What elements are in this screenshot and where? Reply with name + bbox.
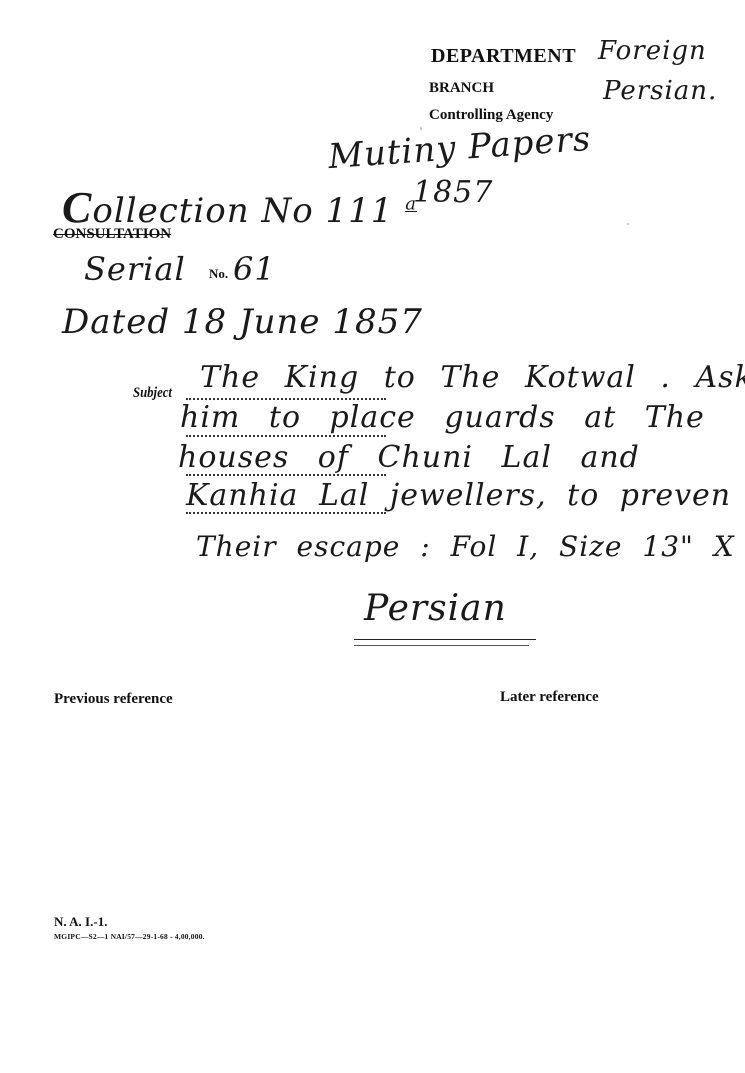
subject-label: Subject (133, 385, 172, 402)
language-note: Persian (364, 588, 507, 629)
form-id: N. A. I.-1. (54, 914, 107, 930)
scan-speck (627, 223, 629, 225)
dated-entry: Dated 18 June 1857 (62, 302, 423, 342)
subject-line-2: him to place guards at The (180, 400, 705, 435)
subject-line-4: Kanhia Lal jewellers, to preven (186, 478, 731, 513)
language-underline-2 (354, 645, 529, 646)
collection-suffix: a (405, 194, 417, 215)
serial-no-label: No. (209, 266, 228, 282)
branch-value: Persian. (603, 76, 717, 106)
controlling-agency-label: Controlling Agency (429, 107, 553, 124)
subject-line-5: Their escape : Fol I, Size 13" X 7½" (196, 530, 745, 563)
subject-line-3: houses of Chuni Lal and (178, 440, 640, 475)
consultation-label-struck: CONSULTATION (53, 226, 171, 243)
collection-initial: C (62, 183, 92, 232)
scan-speck (420, 127, 422, 130)
serial-number-value: 61 (233, 250, 276, 288)
collection-text: ollection No 111 (92, 191, 393, 231)
annotation-year: 1857 (413, 175, 493, 210)
department-value: Foreign (598, 36, 707, 66)
mutiny-papers-annotation: Mutiny Papers (327, 119, 593, 177)
branch-label: BRANCH (429, 80, 494, 97)
later-reference-label: Later reference (500, 689, 599, 706)
print-info: MGIPC—S2—1 NAI/57—29-1-68 - 4,00,000. (54, 932, 205, 941)
department-label: DEPARTMENT (431, 45, 576, 68)
language-underline-1 (354, 639, 536, 640)
subject-line-1: The King to The Kotwal . Asks (200, 360, 745, 395)
serial-hand-label: Serial (84, 250, 186, 288)
subject-dotted-line-2 (186, 435, 386, 437)
previous-reference-label: Previous reference (54, 691, 173, 708)
